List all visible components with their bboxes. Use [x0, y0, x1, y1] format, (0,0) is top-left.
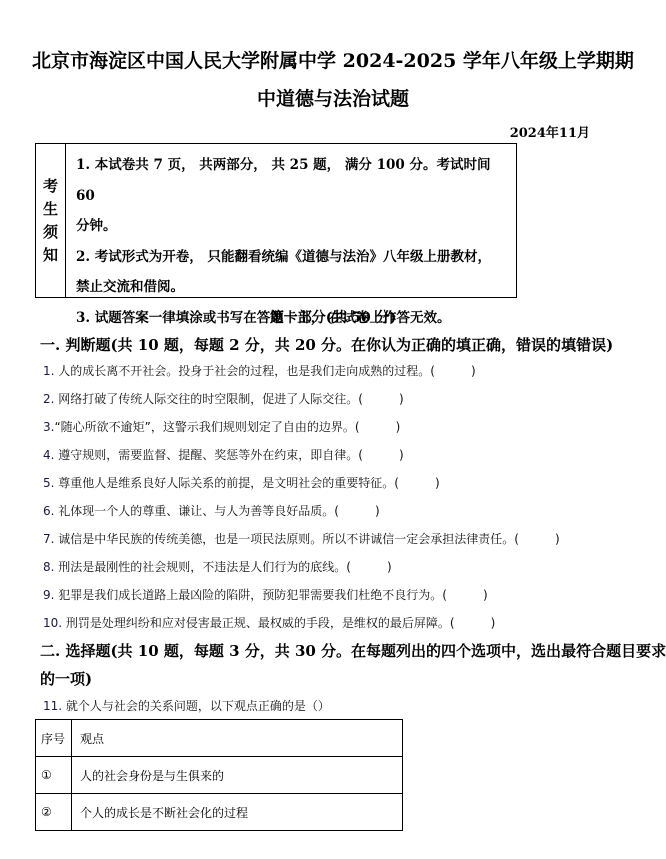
table-row: ① 人的社会身份是与生俱来的: [36, 757, 403, 794]
question-number: 4.: [43, 448, 54, 462]
notice-line: 2. 考试形式为开卷， 只能翻看统编《道德与法治》八年级上册教材，: [76, 242, 512, 273]
exam-notice-box: 考 生 须 知 1. 本试卷共 7 页， 共两部分， 共 25 题， 满分 10…: [35, 143, 517, 298]
section2-heading-line2: 的一项): [40, 668, 92, 689]
section1-heading: 一. 判断题(共 10 题，每题 2 分，共 20 分。在你认为正确的填正确，错…: [40, 334, 613, 355]
question-number: 8.: [43, 560, 54, 574]
notice-label-char: 考: [43, 175, 58, 198]
question-text: 尊重他人是维系良好人际关系的前提，是文明社会的重要特征。(: [54, 476, 399, 490]
question-item: 7. 诚信是中华民族的传统美德，也是一项民法原则。所以不讲诚信一定会承担法律责任…: [43, 530, 560, 547]
question-text: 诚信是中华民族的传统美德，也是一项民法原则。所以不讲诚信一定会承担法律责任。(: [54, 532, 519, 546]
question-text: 就个人与社会的关系问题，以下观点正确的是（）: [62, 699, 330, 713]
viewpoints-table: 序号 观点 ① 人的社会身份是与生俱来的 ② 个人的成长是不断社会化的过程: [35, 719, 403, 831]
part1-title: 第一部分(共 50 分): [0, 307, 666, 327]
notice-label-char: 知: [43, 244, 58, 267]
notice-line: 1. 本试卷共 7 页， 共两部分， 共 25 题， 满分 100 分。考试时间…: [76, 150, 512, 211]
notice-label-char: 生: [43, 198, 58, 221]
question-item: 1. 人的成长离不开社会。投身于社会的过程，也是我们走向成熟的过程。(): [43, 362, 476, 379]
question-text: 犯罪是我们成长道路上最凶险的陷阱，预防犯罪需要我们杜绝不良行为。(: [54, 588, 447, 602]
question-item: 2. 网络打破了传统人际交往的时空限制，促进了人际交往。(): [43, 390, 404, 407]
question-item: 10. 刑罚是处理纠纷和应对侵害最正规、最权威的手段，是维权的最后屏障。(): [43, 614, 495, 631]
table-header-row: 序号 观点: [36, 720, 403, 757]
question-11: 11. 就个人与社会的关系问题，以下观点正确的是（）: [43, 697, 330, 714]
document-title-line1: 北京市海淀区中国人民大学附属中学 2024-2025 学年八年级上学期期: [0, 46, 666, 73]
bracket-close: ): [491, 616, 496, 630]
question-item: 4. 遵守规则，需要监督、提醒、奖惩等外在约束，即自律。(): [43, 446, 404, 463]
bracket-close: ): [483, 588, 488, 602]
question-number: 3.: [43, 420, 54, 434]
question-number: 11.: [43, 699, 62, 713]
question-number: 9.: [43, 588, 54, 602]
bracket-close: ): [399, 448, 404, 462]
bracket-close: ): [396, 420, 401, 434]
question-number: 7.: [43, 532, 54, 546]
bracket-close: ): [555, 532, 560, 546]
notice-line: 禁止交流和借阅。: [76, 272, 512, 303]
row-viewpoint: 个人的成长是不断社会化的过程: [72, 794, 403, 831]
bracket-close: ): [471, 364, 476, 378]
question-text: “随心所欲不逾矩”，这警示我们规则划定了自由的边界。(: [54, 420, 359, 434]
question-item: 8. 刑法是最刚性的社会规则，不违法是人们行为的底线。(): [43, 558, 392, 575]
notice-label: 考 生 须 知: [36, 144, 66, 297]
row-viewpoint: 人的社会身份是与生俱来的: [72, 757, 403, 794]
question-number: 1.: [43, 364, 54, 378]
bracket-close: ): [399, 392, 404, 406]
table-row: ② 个人的成长是不断社会化的过程: [36, 794, 403, 831]
question-item: 5. 尊重他人是维系良好人际关系的前提，是文明社会的重要特征。(): [43, 474, 440, 491]
header-cell-index: 序号: [36, 720, 72, 757]
bracket-close: ): [387, 560, 392, 574]
row-index: ①: [36, 757, 72, 794]
question-number: 10.: [43, 616, 62, 630]
bracket-close: ): [375, 504, 380, 518]
document-title-line2: 中道德与法治试题: [0, 84, 666, 111]
question-text: 刑罚是处理纠纷和应对侵害最正规、最权威的手段，是维权的最后屏障。(: [62, 616, 455, 630]
question-item: 3.“随心所欲不逾矩”，这警示我们规则划定了自由的边界。(): [43, 418, 400, 435]
question-text: 礼体现一个人的尊重、谦让、与人为善等良好品质。(: [54, 504, 339, 518]
question-text: 网络打破了传统人际交往的时空限制，促进了人际交往。(: [54, 392, 363, 406]
question-item: 9. 犯罪是我们成长道路上最凶险的陷阱，预防犯罪需要我们杜绝不良行为。(): [43, 586, 488, 603]
question-number: 5.: [43, 476, 54, 490]
question-number: 2.: [43, 392, 54, 406]
notice-label-char: 须: [43, 221, 58, 244]
question-text: 人的成长离不开社会。投身于社会的过程，也是我们走向成熟的过程。(: [54, 364, 435, 378]
section2-heading-line1: 二. 选择题(共 10 题，每题 3 分，共 30 分。在每题列出的四个选项中，…: [40, 640, 666, 661]
row-index: ②: [36, 794, 72, 831]
question-item: 6. 礼体现一个人的尊重、谦让、与人为善等良好品质。(): [43, 502, 380, 519]
header-cell-viewpoint: 观点: [72, 720, 403, 757]
question-text: 刑法是最刚性的社会规则，不违法是人们行为的底线。(: [54, 560, 351, 574]
question-number: 6.: [43, 504, 54, 518]
notice-body: 1. 本试卷共 7 页， 共两部分， 共 25 题， 满分 100 分。考试时间…: [76, 150, 512, 333]
notice-line: 分钟。: [76, 211, 512, 242]
exam-date: 2024年11月: [510, 122, 590, 141]
bracket-close: ): [435, 476, 440, 490]
question-text: 遵守规则，需要监督、提醒、奖惩等外在约束，即自律。(: [54, 448, 363, 462]
